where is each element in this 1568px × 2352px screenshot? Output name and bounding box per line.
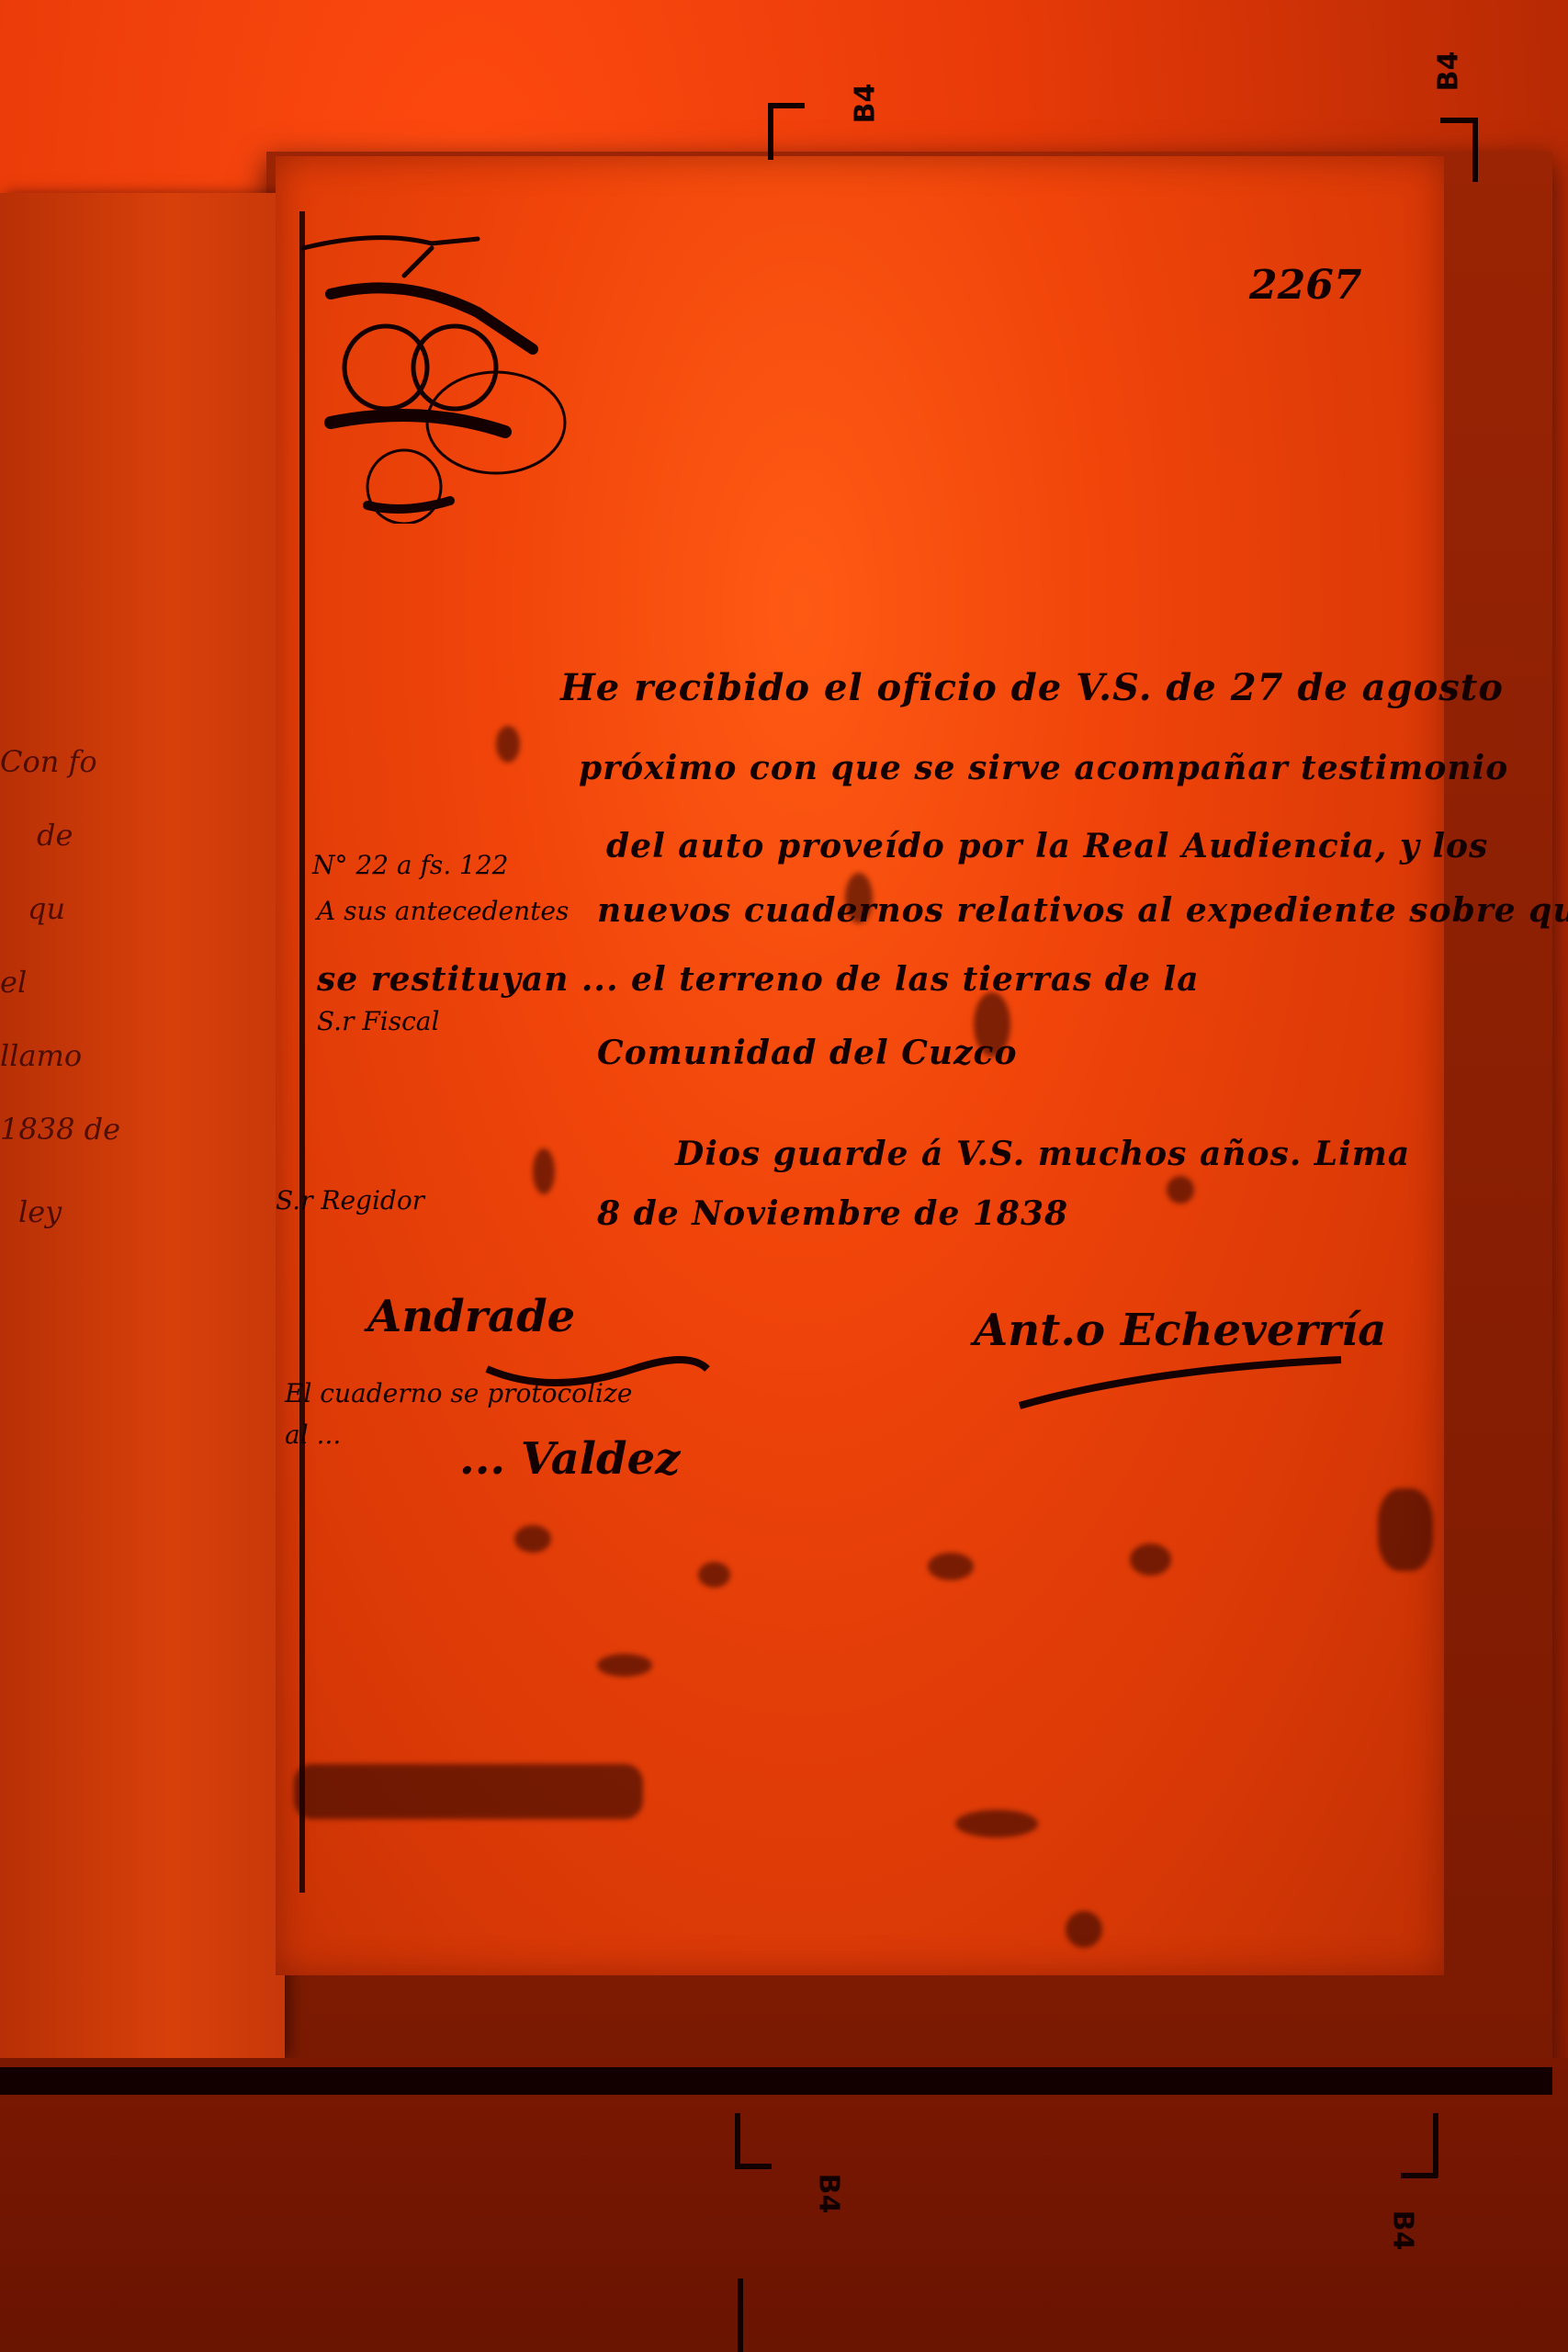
- signature-flourish-icon: [1010, 1351, 1359, 1424]
- closing-line: 8 de Noviembre de 1838: [597, 1194, 1068, 1233]
- crop-label: B4: [812, 2174, 844, 2214]
- left-page-fragment: ley: [18, 1194, 62, 1229]
- body-line: Comunidad del Cuzco: [597, 1034, 1017, 1072]
- crop-mark-line: [738, 2278, 743, 2352]
- crop-mark-bottom-left: [735, 2113, 740, 2168]
- left-adjacent-page: Con fo de qu el llamo 1838 de ley: [0, 193, 285, 2058]
- folio-number: 2267: [1249, 262, 1361, 309]
- closing-line: Dios guarde á V.S. muchos años. Lima: [675, 1135, 1410, 1173]
- body-line: He recibido el oficio de V.S. de 27 de a…: [560, 666, 1504, 709]
- left-page-fragment: Con fo: [0, 744, 97, 779]
- crop-label: B4: [849, 84, 881, 124]
- crop-label: B4: [1386, 2211, 1418, 2251]
- lower-note: El cuaderno se protocolize: [285, 1378, 632, 1408]
- left-page-fragment: de: [37, 818, 73, 853]
- bottom-edge-shadow: [0, 2067, 1552, 2095]
- crop-mark-top-right: [1472, 118, 1478, 182]
- left-page-fragment: llamo: [0, 1038, 82, 1073]
- body-line: nuevos cuadernos relativos al expediente…: [597, 891, 1568, 930]
- left-page-fragment: 1838 de: [0, 1112, 120, 1147]
- left-page-fragment: qu: [28, 891, 65, 926]
- crop-mark-top-left: [768, 103, 773, 160]
- lower-signature: ... Valdez: [459, 1433, 680, 1485]
- crop-mark-bottom-right: [1433, 2113, 1438, 2177]
- margin-note: S.r Regidor: [276, 1185, 424, 1216]
- body-line: se restituyan ... el terreno de las tier…: [317, 960, 1200, 999]
- margin-note: S.r Fiscal: [317, 1006, 439, 1036]
- body-line: del auto proveído por la Real Audiencia,…: [606, 827, 1488, 865]
- margin-note: N° 22 a fs. 122: [312, 850, 509, 880]
- left-page-fragment: el: [0, 965, 27, 1000]
- signature-right: Ant.o Echeverría: [974, 1305, 1386, 1356]
- crop-label: B4: [1432, 51, 1464, 92]
- bottom-board: [0, 2058, 1568, 2352]
- lower-note: al ...: [285, 1419, 341, 1450]
- calligraphic-letterhead-icon: [294, 220, 570, 524]
- body-line: próximo con que se sirve acompañar testi…: [579, 749, 1508, 787]
- margin-note: A sus antecedentes: [317, 896, 569, 926]
